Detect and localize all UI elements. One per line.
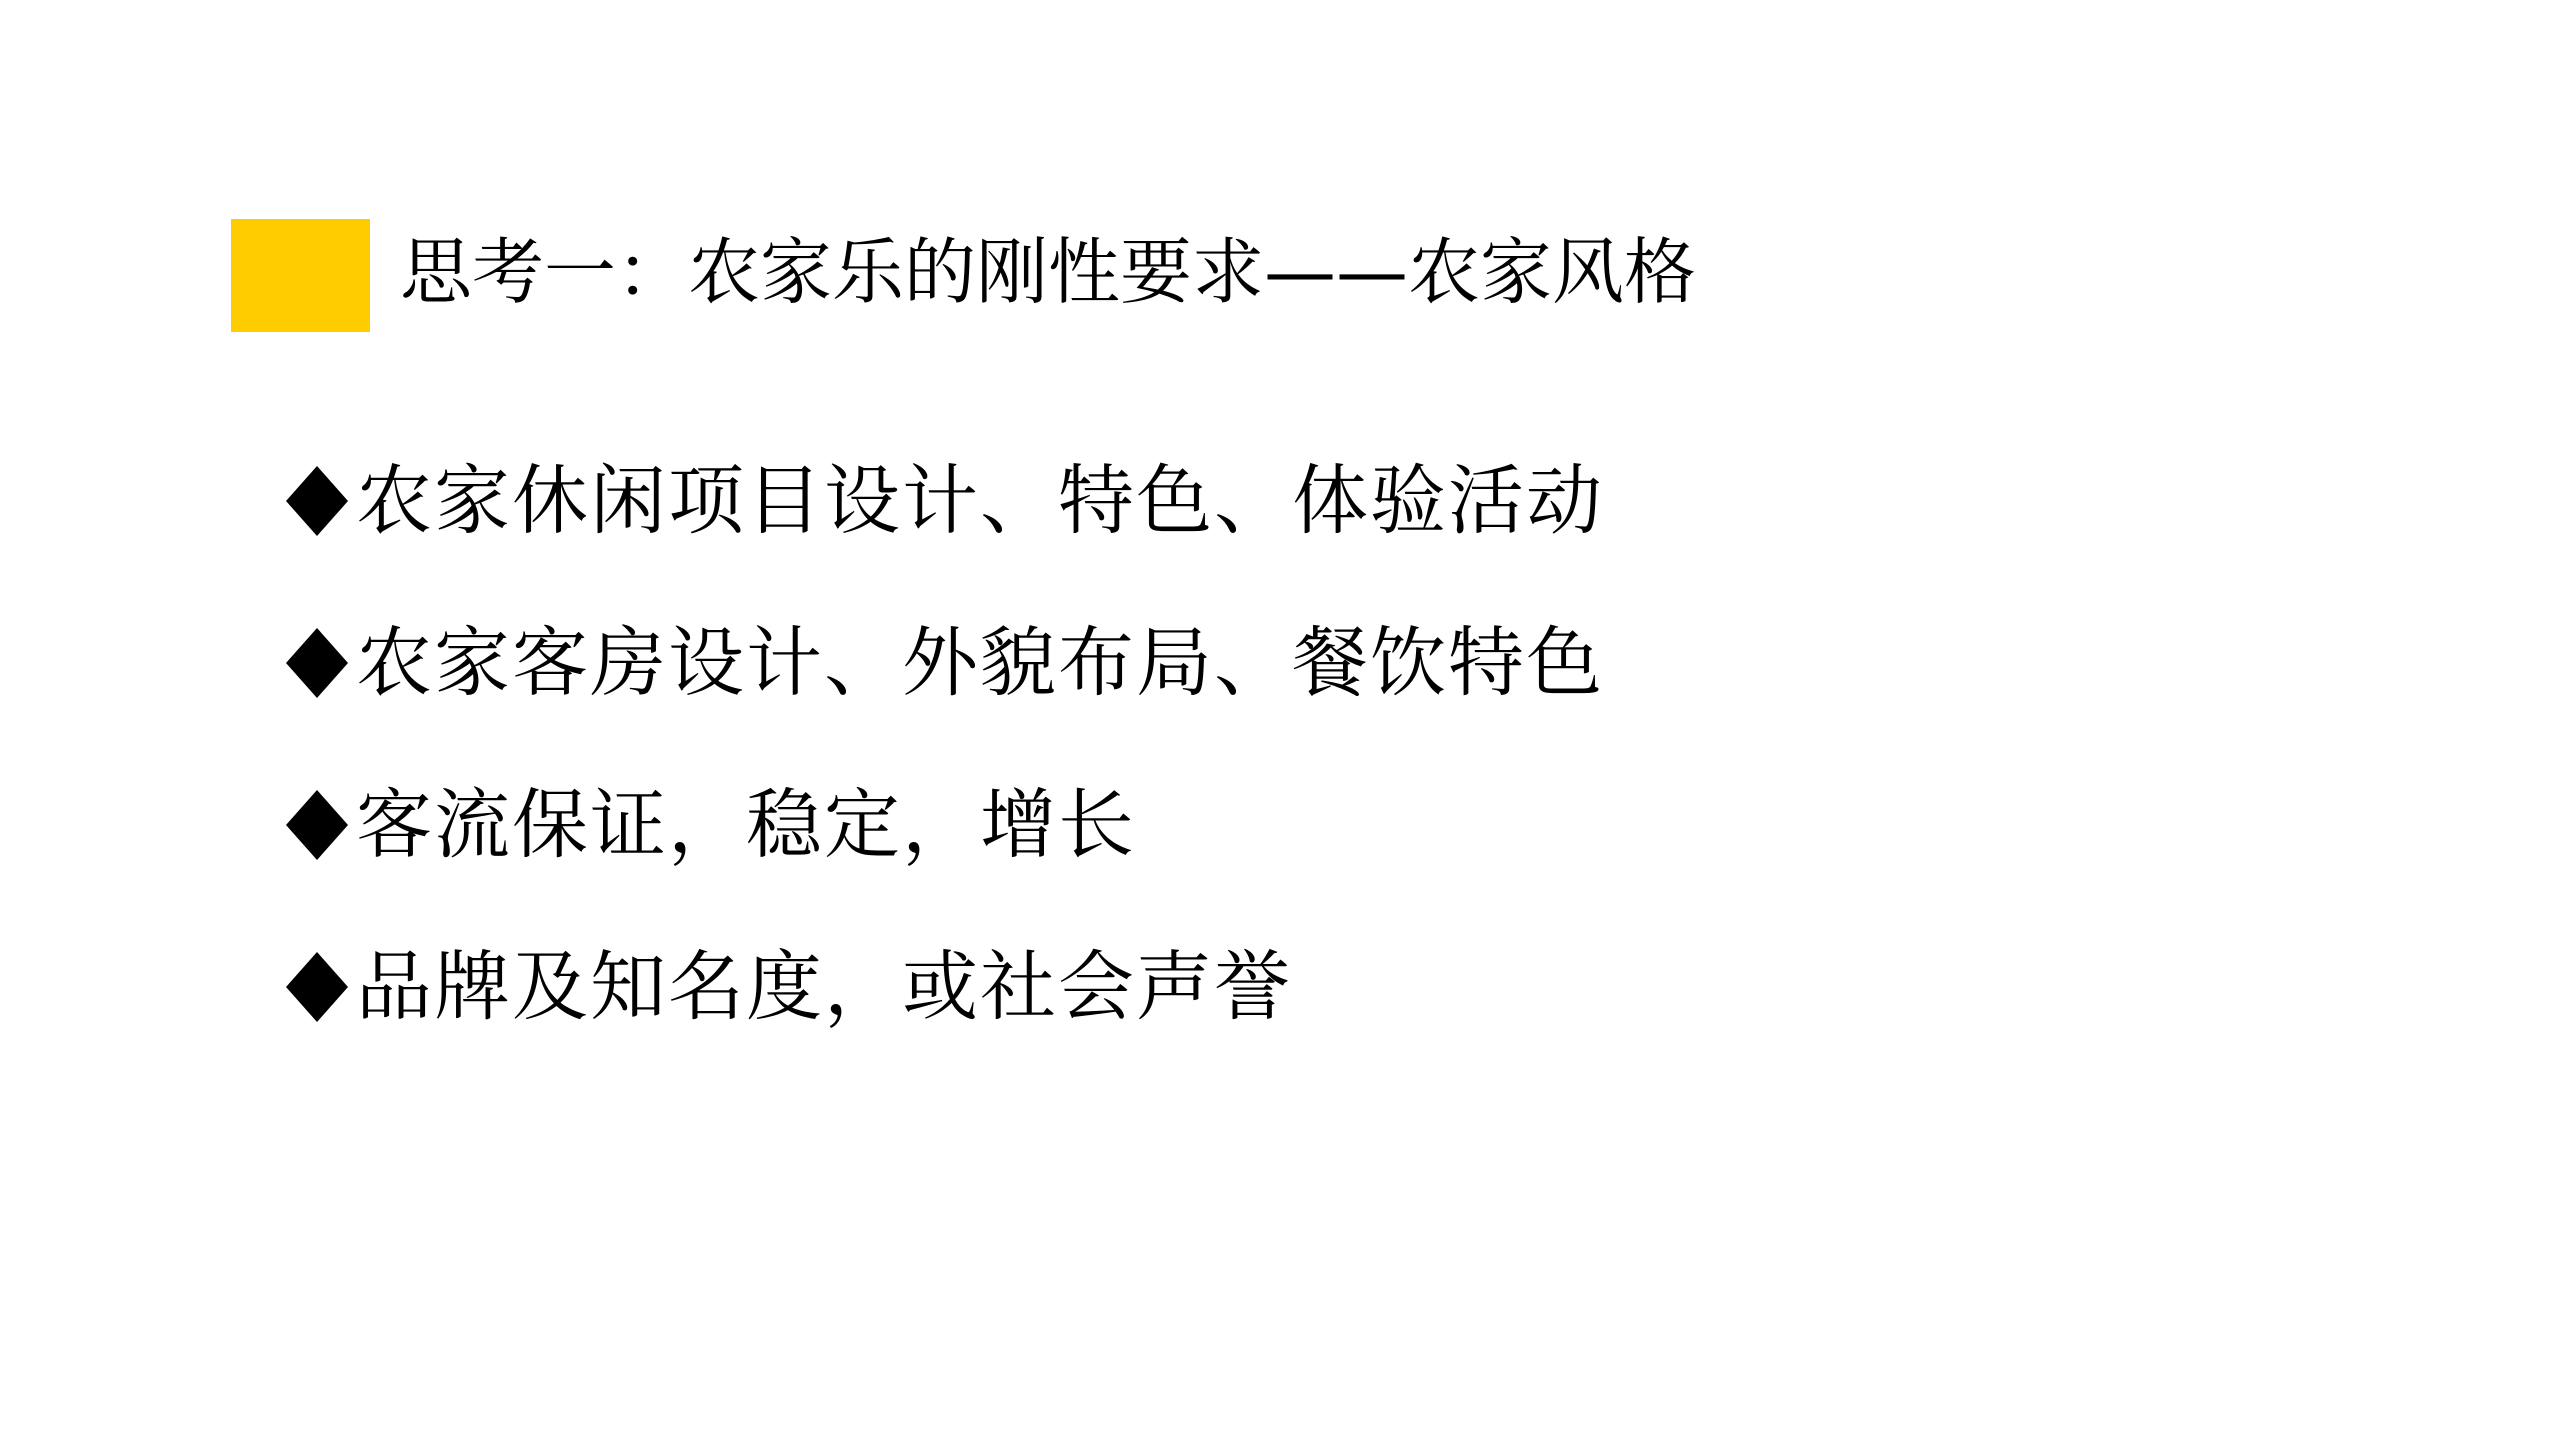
list-item: 农家休闲项目设计、特色、体验活动 xyxy=(286,420,1604,582)
bullet-text: 客流保证，稳定，增长 xyxy=(356,775,1136,875)
list-item: 农家客房设计、外貌布局、餐饮特色 xyxy=(286,582,1604,744)
bullet-text: 农家休闲项目设计、特色、体验活动 xyxy=(356,451,1604,551)
slide-title: 思考一：农家乐的刚性要求——农家风格 xyxy=(400,224,1696,320)
list-item: 客流保证，稳定，增长 xyxy=(286,744,1604,906)
black-diamond-icon xyxy=(286,628,348,698)
bullet-text: 农家客房设计、外貌布局、餐饮特色 xyxy=(356,613,1604,713)
black-diamond-icon xyxy=(286,466,348,536)
black-diamond-icon xyxy=(286,952,348,1022)
list-item: 品牌及知名度，或社会声誉 xyxy=(286,906,1604,1068)
title-accent-block xyxy=(231,219,370,332)
bullet-list: 农家休闲项目设计、特色、体验活动 农家客房设计、外貌布局、餐饮特色 客流保证，稳… xyxy=(286,420,1604,1068)
slide: 思考一：农家乐的刚性要求——农家风格 农家休闲项目设计、特色、体验活动 农家客房… xyxy=(0,0,2560,1440)
bullet-text: 品牌及知名度，或社会声誉 xyxy=(356,937,1292,1037)
black-diamond-icon xyxy=(286,790,348,860)
